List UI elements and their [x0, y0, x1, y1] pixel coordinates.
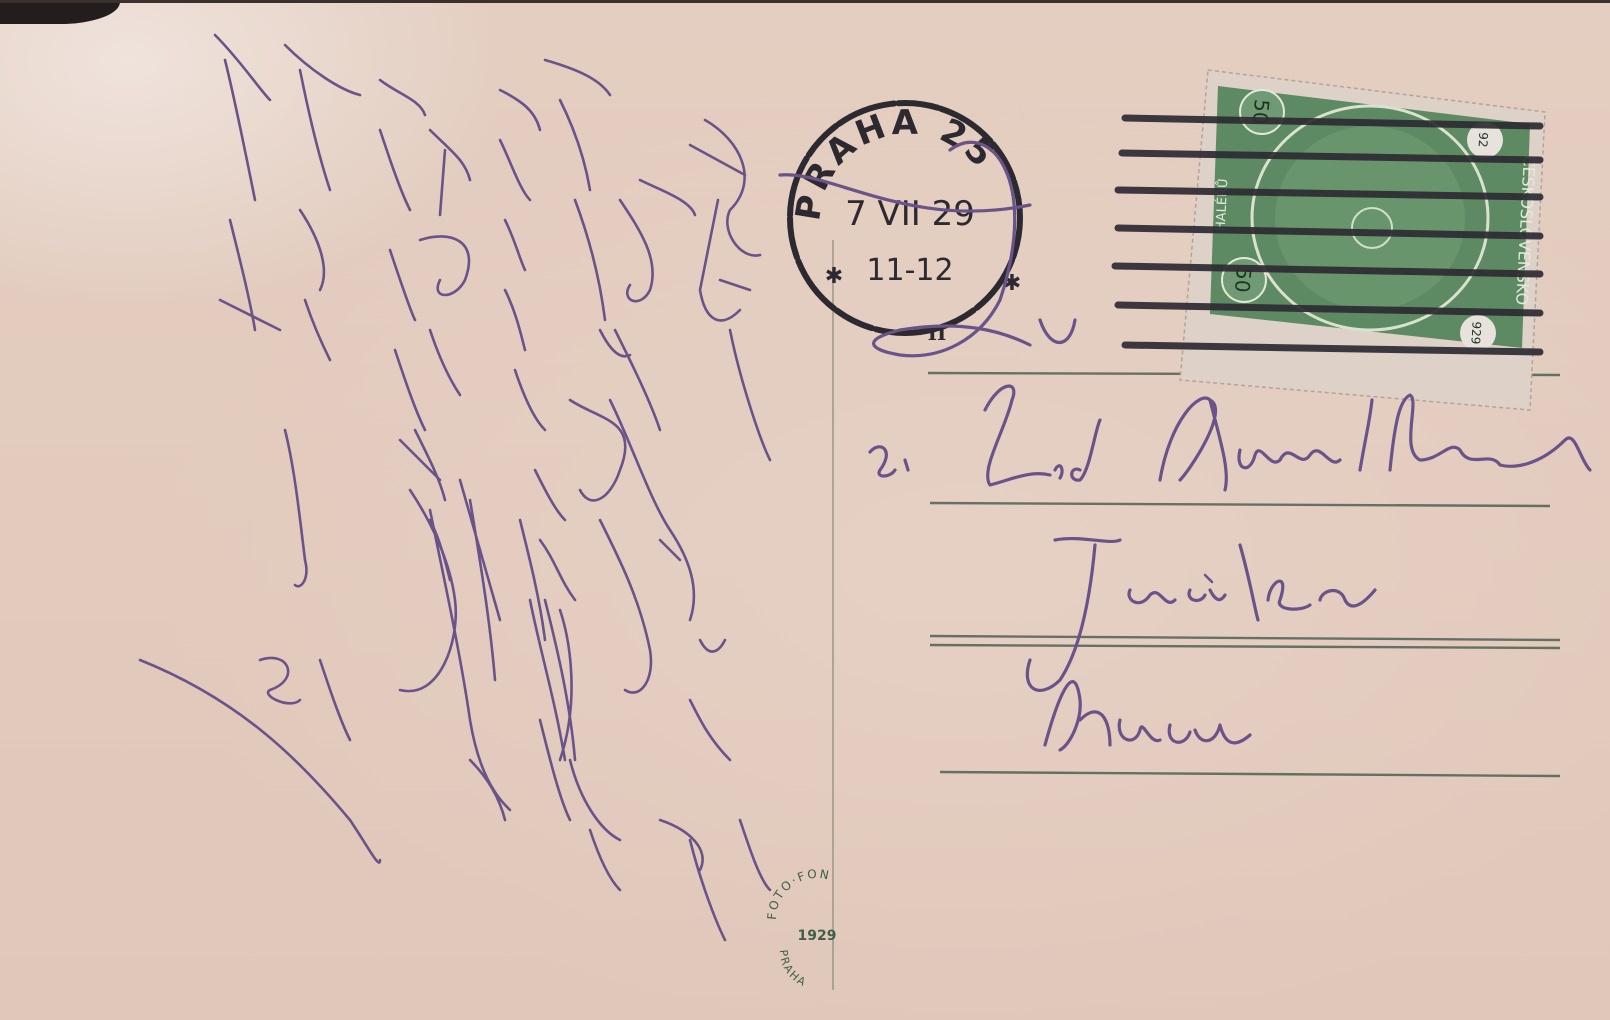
postcard-back: 50 50 ČESKOSLOVENSKO HALÉŘŮ 92 929 PRAHA…	[0, 0, 1610, 1020]
address-lines	[928, 373, 1560, 776]
postmark-star-left: ✱	[825, 264, 843, 289]
handwritten-message	[140, 35, 770, 940]
svg-text:PRAHA: PRAHA	[777, 949, 810, 989]
publisher-mark-bottom: PRAHA	[777, 949, 810, 989]
stamp-year-top: 92	[1476, 132, 1491, 148]
svg-text:FOTO·FON: FOTO·FON	[765, 867, 832, 921]
postmark-date: 7 VII 29	[845, 194, 975, 234]
postcard-artwork: 50 50 ČESKOSLOVENSKO HALÉŘŮ 92 929 PRAHA…	[0, 0, 1610, 1020]
publisher-mark-top: FOTO·FON	[765, 867, 832, 921]
postmark: PRAHA 25 7 VII 29 11-12 II ✱ ✱	[788, 103, 1021, 345]
stamp-year-bottom: 929	[1468, 321, 1483, 345]
postmark-time: 11-12	[866, 253, 953, 288]
publisher-mark: FOTO·FON 1929 PRAHA	[765, 867, 858, 990]
stamp-side-text: HALÉŘŮ	[1213, 178, 1232, 231]
publisher-mark-year: 1929	[798, 928, 837, 944]
